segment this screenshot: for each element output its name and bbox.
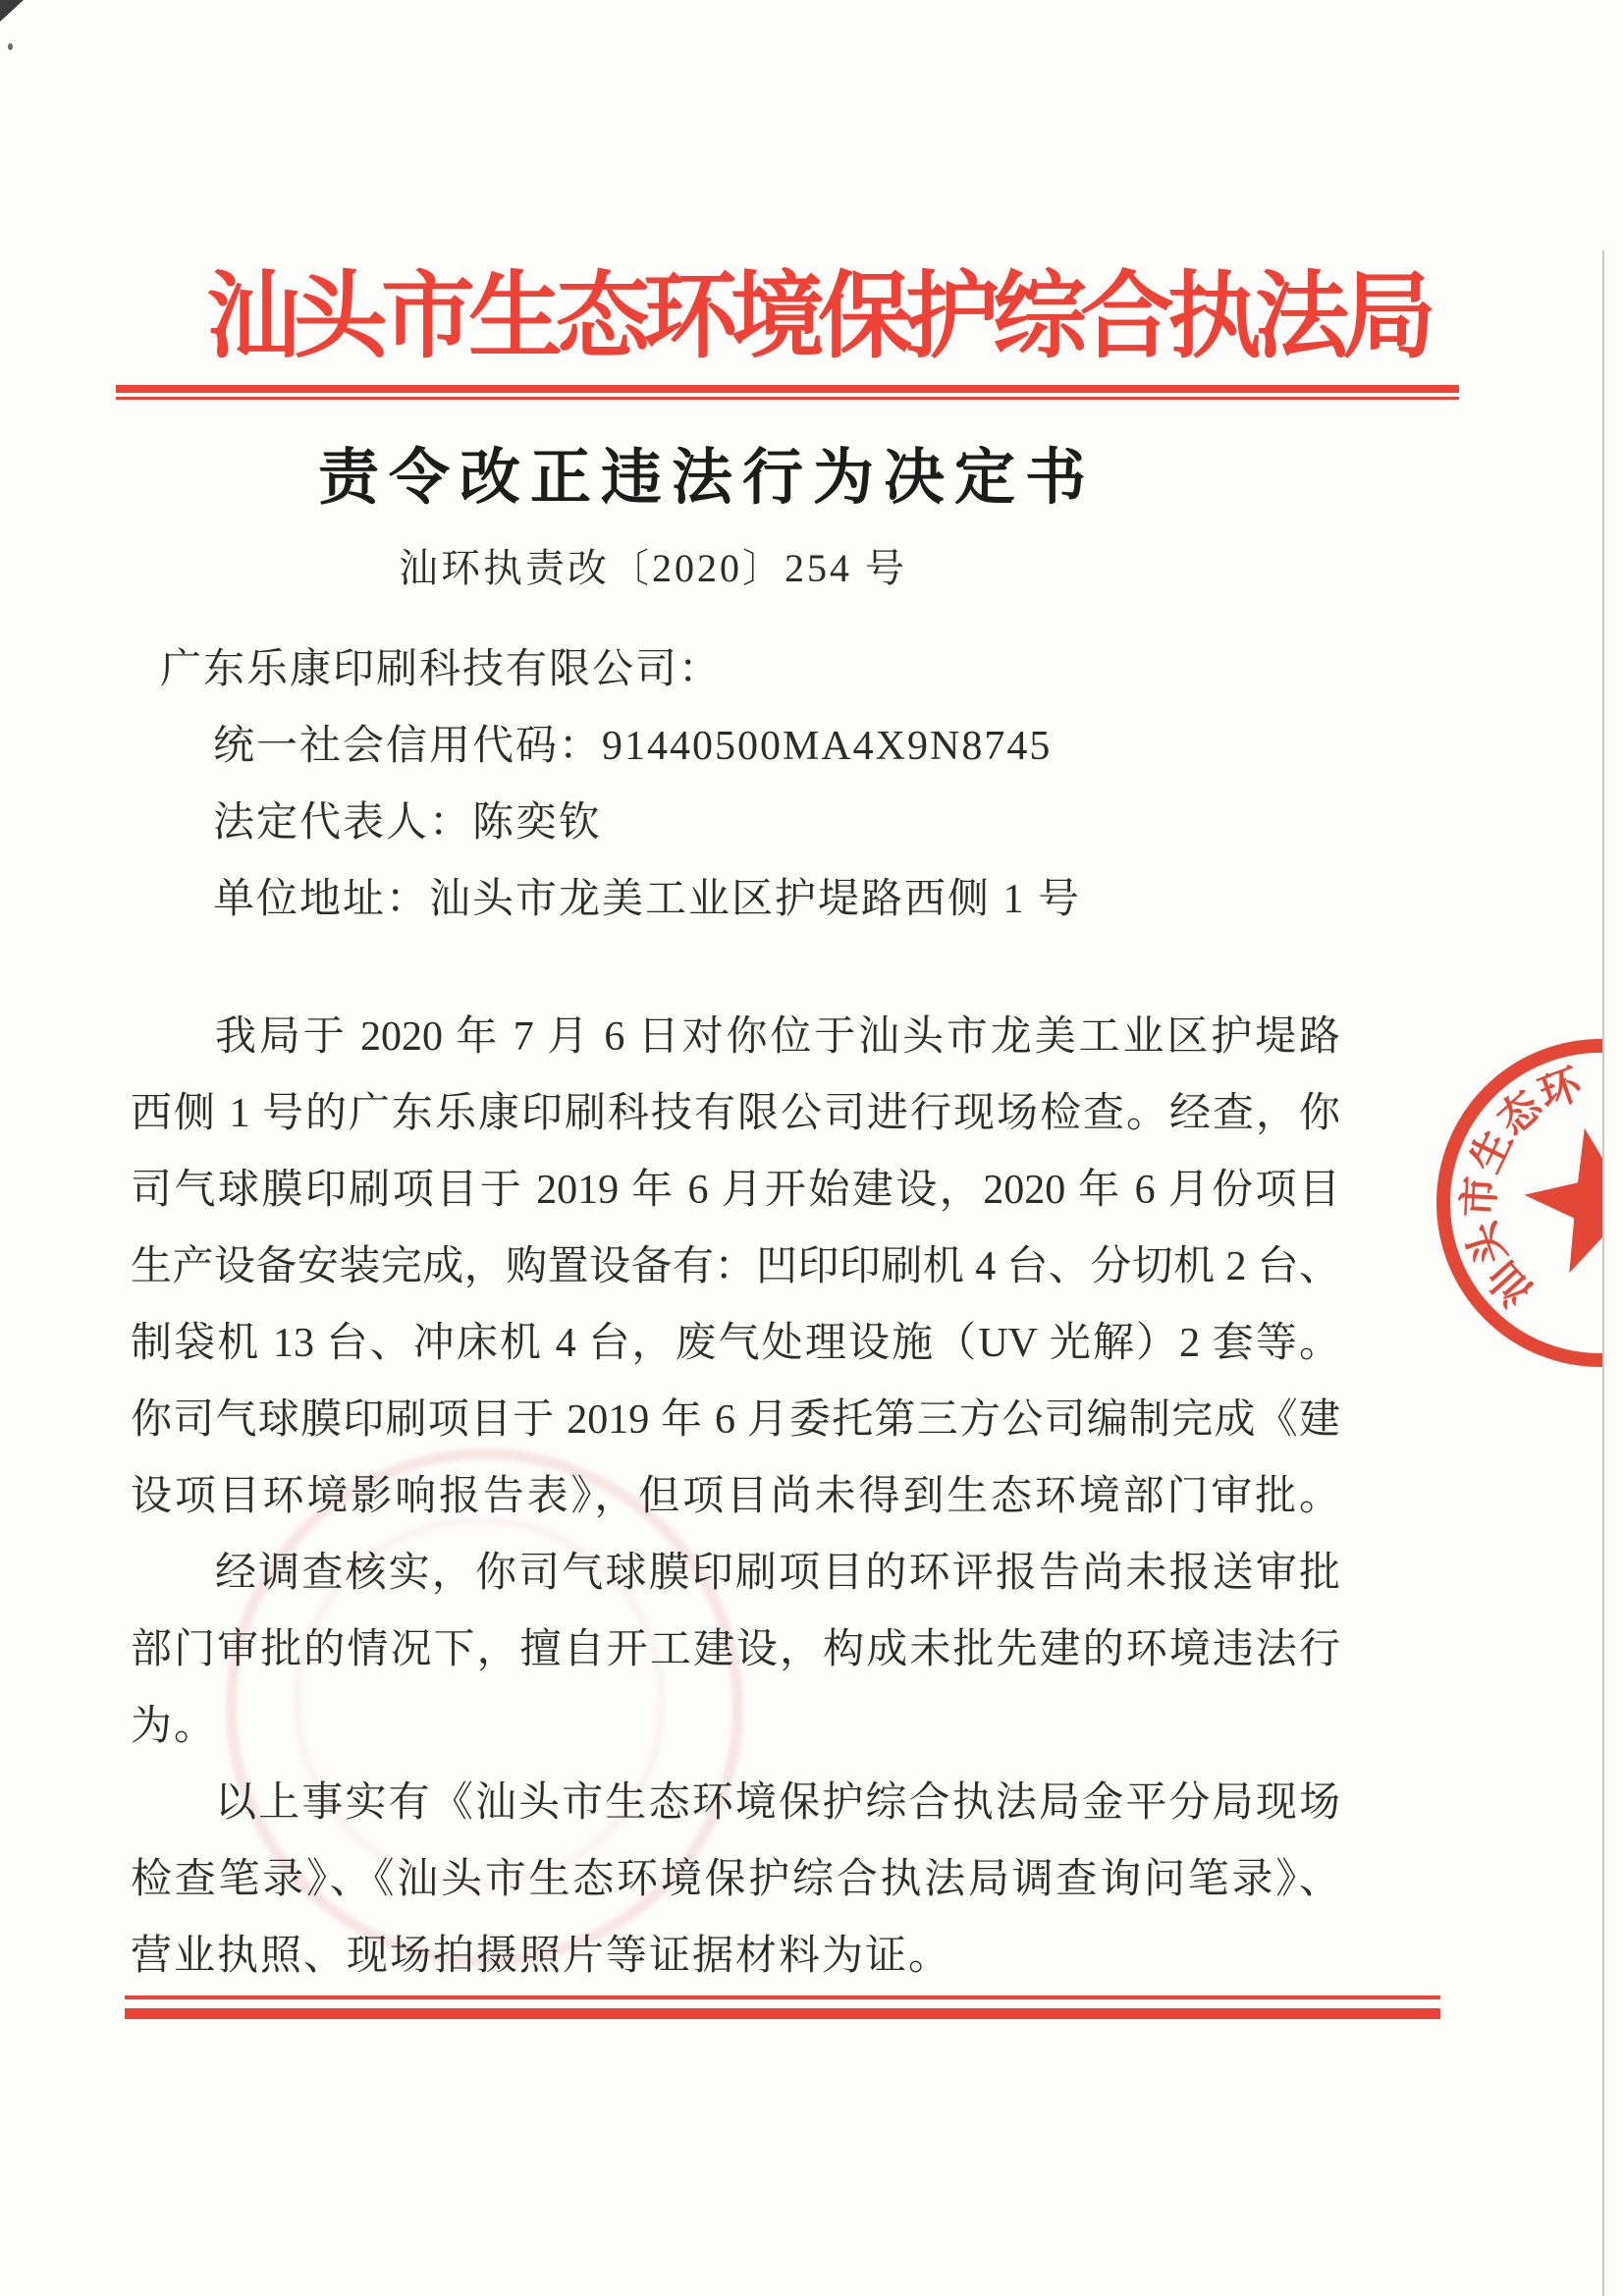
scanned-official-document: 汕头市生态环境保护综合执法局 责令改正违法行为决定书 汕环执责改〔2020〕25… [0,0,1623,2296]
body-line: 部门审批的情况下，擅自开工建设，构成未批先建的环境违法行 [131,1626,1340,1673]
scan-corner-artifact [0,0,24,22]
document-title: 责令改正违法行为决定书 [128,428,1286,516]
footer-separator-thick [125,2008,1440,2019]
scan-speck [8,43,13,50]
body-line: 营业执照、现场拍摄照片等证据材料为证。 [131,1933,1340,1980]
scan-page-edge [1602,250,1604,2296]
body-line: 为。 [131,1703,1340,1750]
agency-title: 汕头市生态环境保护综合执法局 [59,242,1577,376]
seal-arc-character: 市 [1456,1175,1504,1218]
header-separator-thin [116,397,1459,400]
body-line: 西侧 1 号的广东乐康印刷科技有限公司进行现场检查。经查，你 [131,1090,1340,1137]
recipient-credit-code: 统一社会信用代码：91440500MA4X9N8745 [213,713,1052,772]
official-red-seal: 汕头市生态环 [1404,1007,1604,1399]
recipient-address: 单位地址：汕头市龙美工业区护堤路西侧 1 号 [213,866,1081,925]
body-line: 你司气球膜印刷项目于 2019 年 6 月委托第三方公司编制完成《建 [131,1396,1340,1444]
body-line: 设项目环境影响报告表》，但项目尚未得到生态环境部门审批。 [131,1473,1340,1520]
body-line: 司气球膜印刷项目于 2019 年 6 月开始建设，2020 年 6 月份项目 [131,1167,1340,1214]
footer-separator-thin [125,1995,1440,1999]
recipient-company: 广东乐康印刷科技有限公司： [160,636,722,695]
red-star-icon [1524,1128,1604,1274]
body-line: 生产设备安装完成，购置设备有：凹印印刷机 4 台、分切机 2 台、 [131,1243,1340,1290]
body-line: 经调查核实，你司气球膜印刷项目的环评报告尚未报送审批 [131,1550,1340,1597]
header-separator-thick [116,385,1459,393]
document-number: 汕环执责改〔2020〕254 号 [128,537,1178,593]
body-line: 我局于 2020 年 7 月 6 日对你位于汕头市龙美工业区护堤路 [131,1013,1340,1061]
paper-sheet: 汕头市生态环境保护综合执法局 责令改正违法行为决定书 汕环执责改〔2020〕25… [0,0,1604,2296]
body-line: 制袋机 13 台、冲床机 4 台，废气处理设施（UV 光解）2 套等。 [131,1320,1340,1367]
recipient-legal-representative: 法定代表人：陈奕钦 [213,790,602,848]
body-line: 检查笔录》、《汕头市生态环境保护综合执法局调查询问笔录》、 [131,1856,1340,1903]
body-line: 以上事实有《汕头市生态环境保护综合执法局金平分局现场 [131,1779,1340,1827]
